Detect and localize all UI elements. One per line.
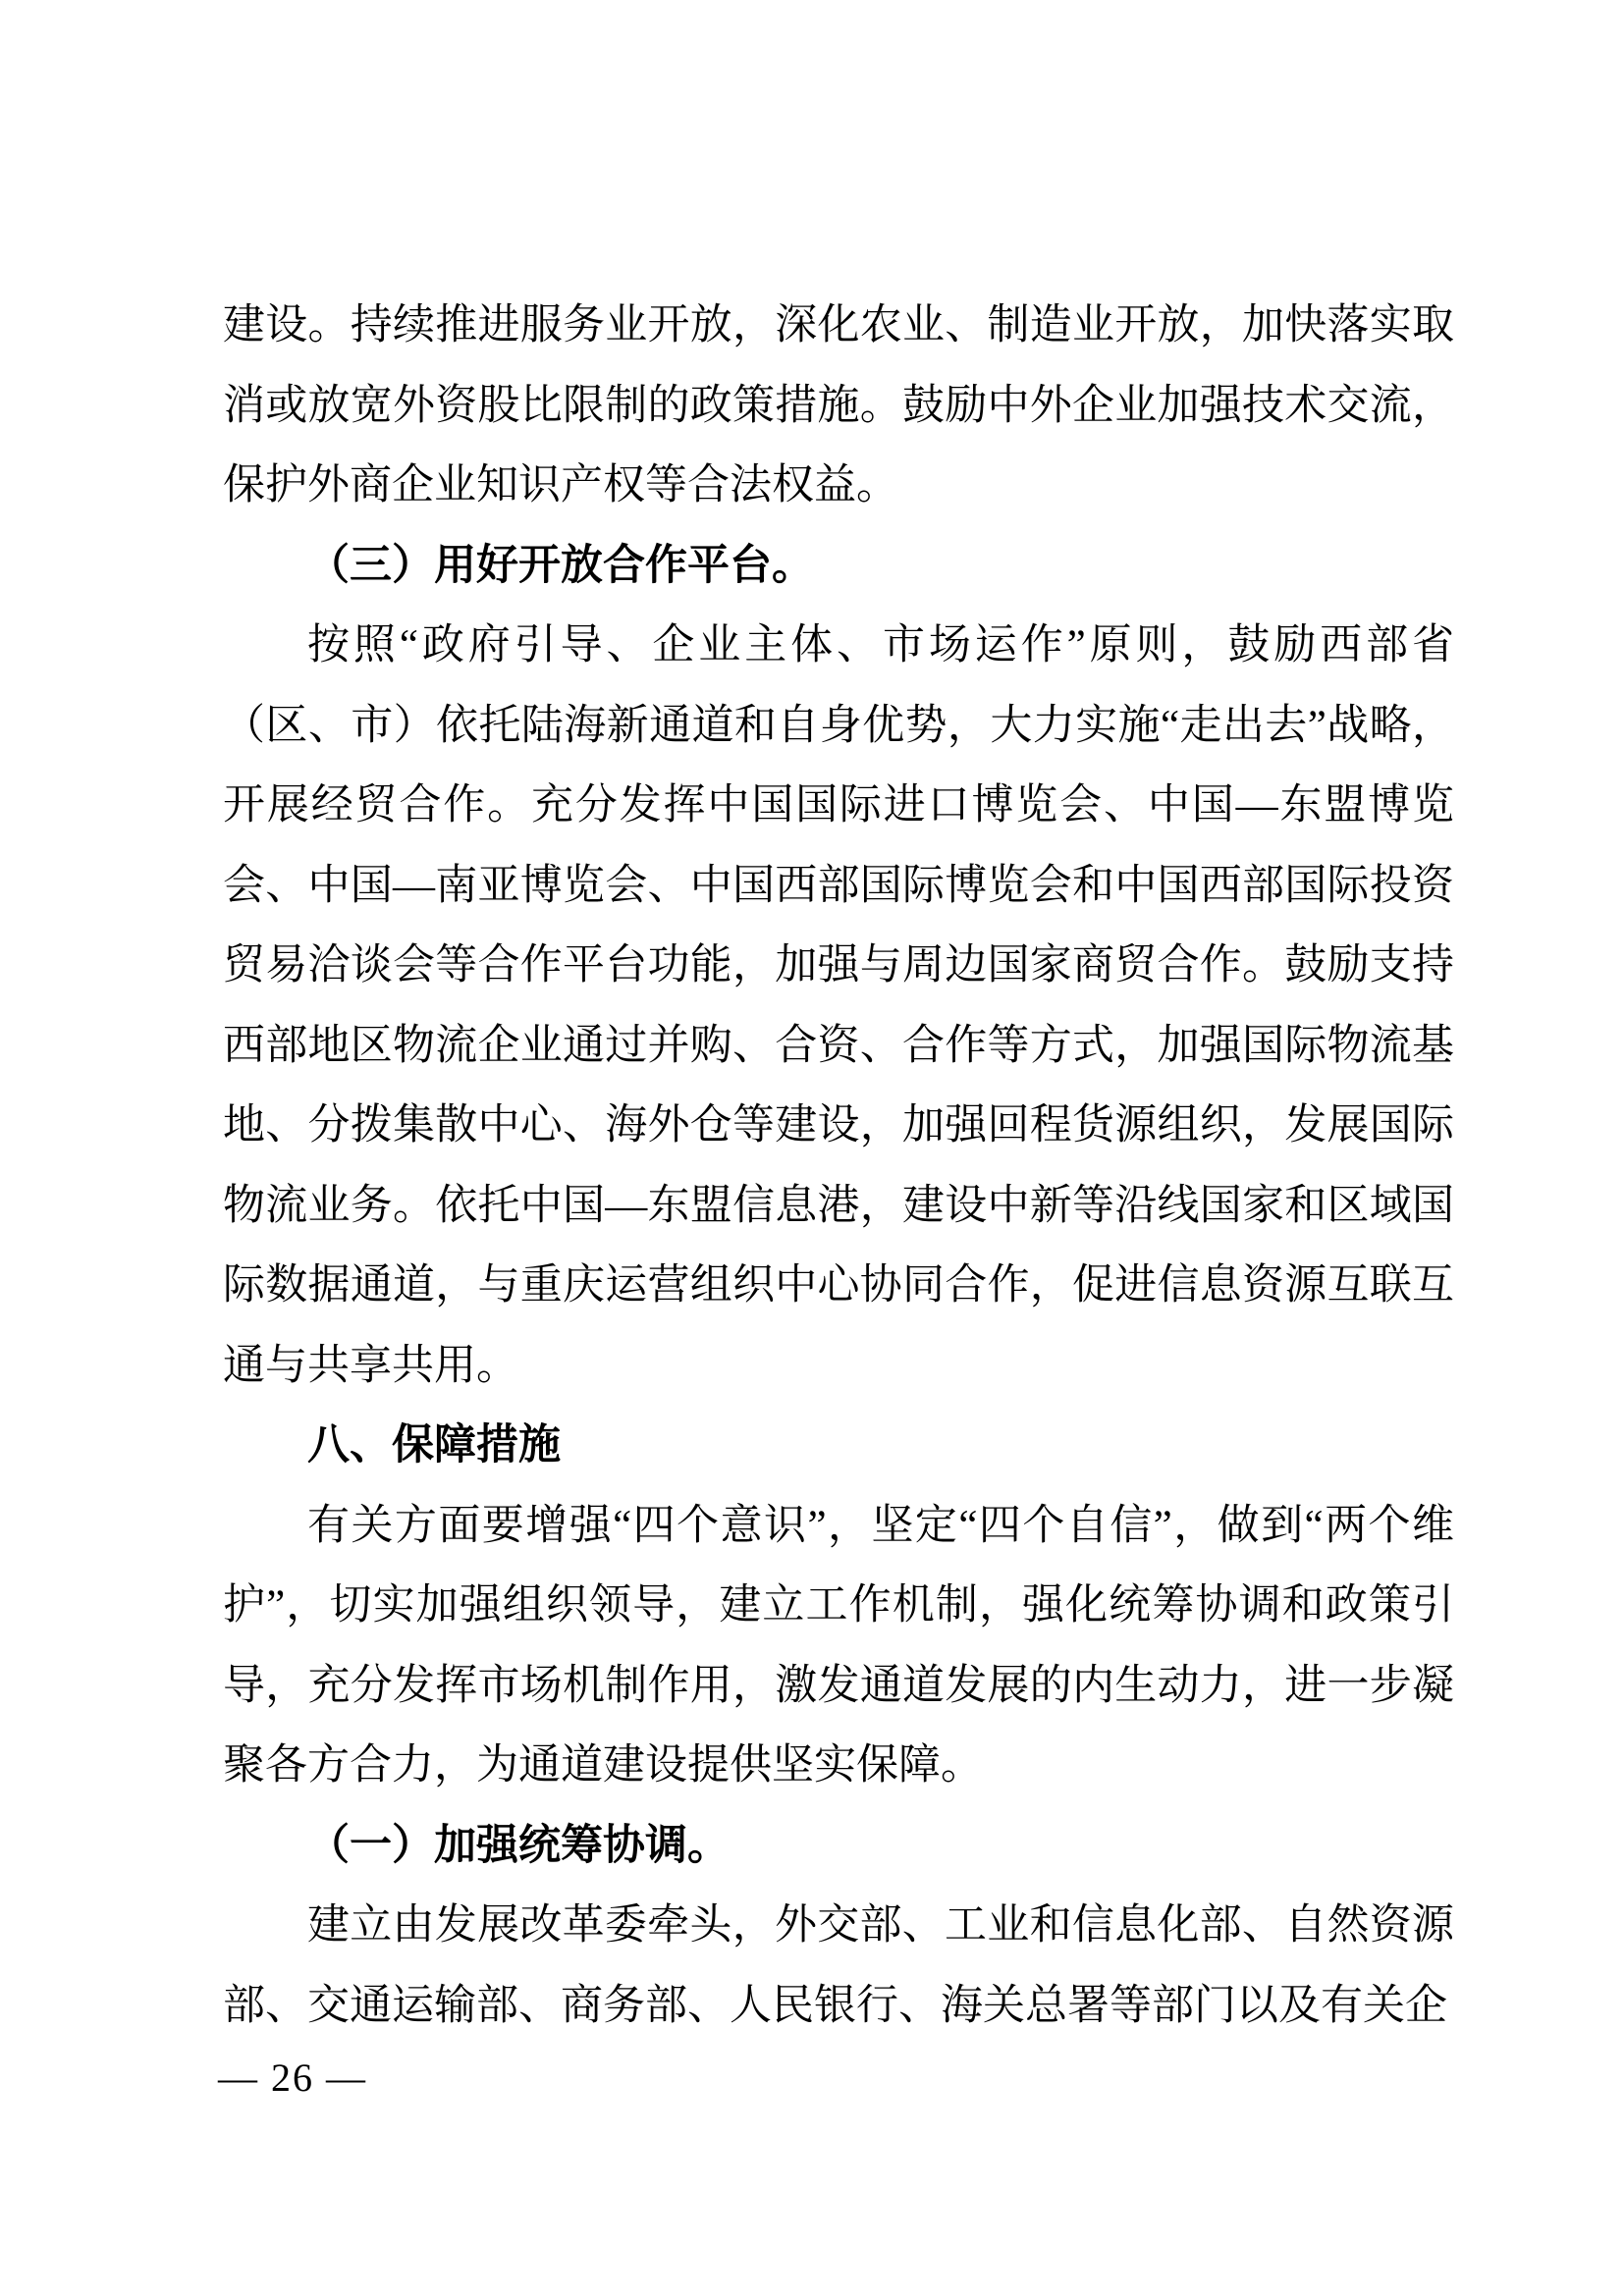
subheading-item-3: （三）用好开放合作平台。 bbox=[223, 526, 1454, 607]
paragraph-open-platforms: 按照“政府引导、企业主体、市场运作”原则，鼓励西部省（区、市）依托陆海新通道和自… bbox=[223, 606, 1454, 1406]
subheading-item-1-coordination: （一）加强统筹协调。 bbox=[223, 1806, 1454, 1887]
page-number: — 26 — bbox=[218, 2055, 367, 2102]
section-heading-8-safeguards: 八、保障措施 bbox=[223, 1406, 1454, 1486]
document-body: 建设。持续推进服务业开放，深化农业、制造业开放，加快落实取消或放宽外资股比限制的… bbox=[223, 286, 1454, 2046]
document-page: 建设。持续推进服务业开放，深化农业、制造业开放，加快落实取消或放宽外资股比限制的… bbox=[0, 0, 1624, 2296]
paragraph-safeguard-intro: 有关方面要增强“四个意识”，坚定“四个自信”，做到“两个维护”，切实加强组织领导… bbox=[223, 1486, 1454, 1806]
paragraph-continuation: 建设。持续推进服务业开放，深化农业、制造业开放，加快落实取消或放宽外资股比限制的… bbox=[223, 286, 1454, 526]
paragraph-coordination-mechanism: 建立由发展改革委牵头，外交部、工业和信息化部、自然资源部、交通运输部、商务部、人… bbox=[223, 1886, 1454, 2046]
